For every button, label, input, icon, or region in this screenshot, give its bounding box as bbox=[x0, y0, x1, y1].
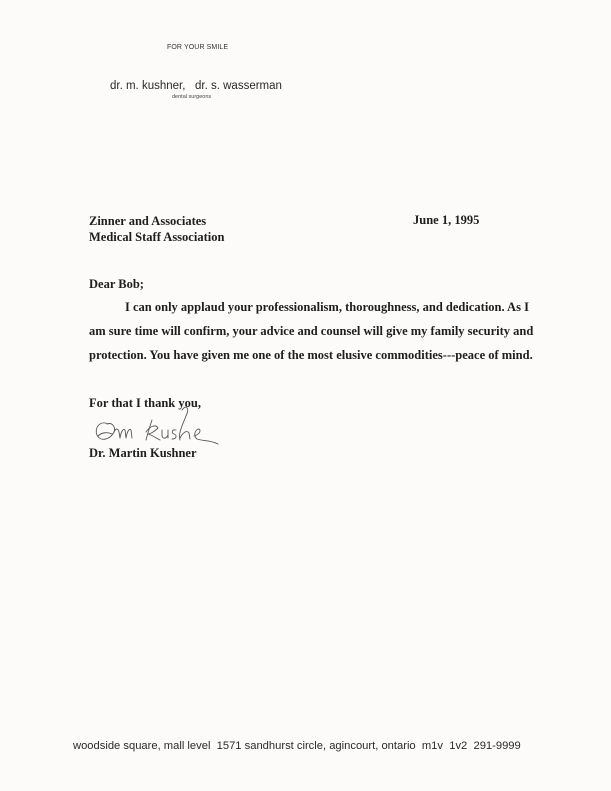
letterhead-footer-address: woodside square, mall level 1571 sandhur… bbox=[73, 740, 521, 752]
recipient-line-1: Zinner and Associates bbox=[89, 213, 224, 229]
salutation: Dear Bob; bbox=[89, 277, 144, 292]
letterhead-specialty: dental surgeons bbox=[172, 94, 211, 100]
body-line: am sure time will confirm, your advice a… bbox=[89, 324, 533, 339]
signature-icon bbox=[90, 402, 260, 452]
letterhead-tagline: FOR YOUR SMILE bbox=[167, 44, 228, 51]
letterhead-doctors: dr. m. kushner, dr. s. wasserman bbox=[110, 80, 282, 92]
letter-date: June 1, 1995 bbox=[413, 213, 479, 228]
recipient-line-2: Medical Staff Association bbox=[89, 229, 224, 245]
body-line: protection. You have given me one of the… bbox=[89, 348, 533, 363]
recipient-address: Zinner and Associates Medical Staff Asso… bbox=[89, 213, 224, 245]
signer-name: Dr. Martin Kushner bbox=[89, 446, 197, 461]
body-line: I can only applaud your professionalism,… bbox=[125, 300, 529, 315]
letter-page: FOR YOUR SMILE dr. m. kushner, dr. s. wa… bbox=[0, 0, 611, 791]
